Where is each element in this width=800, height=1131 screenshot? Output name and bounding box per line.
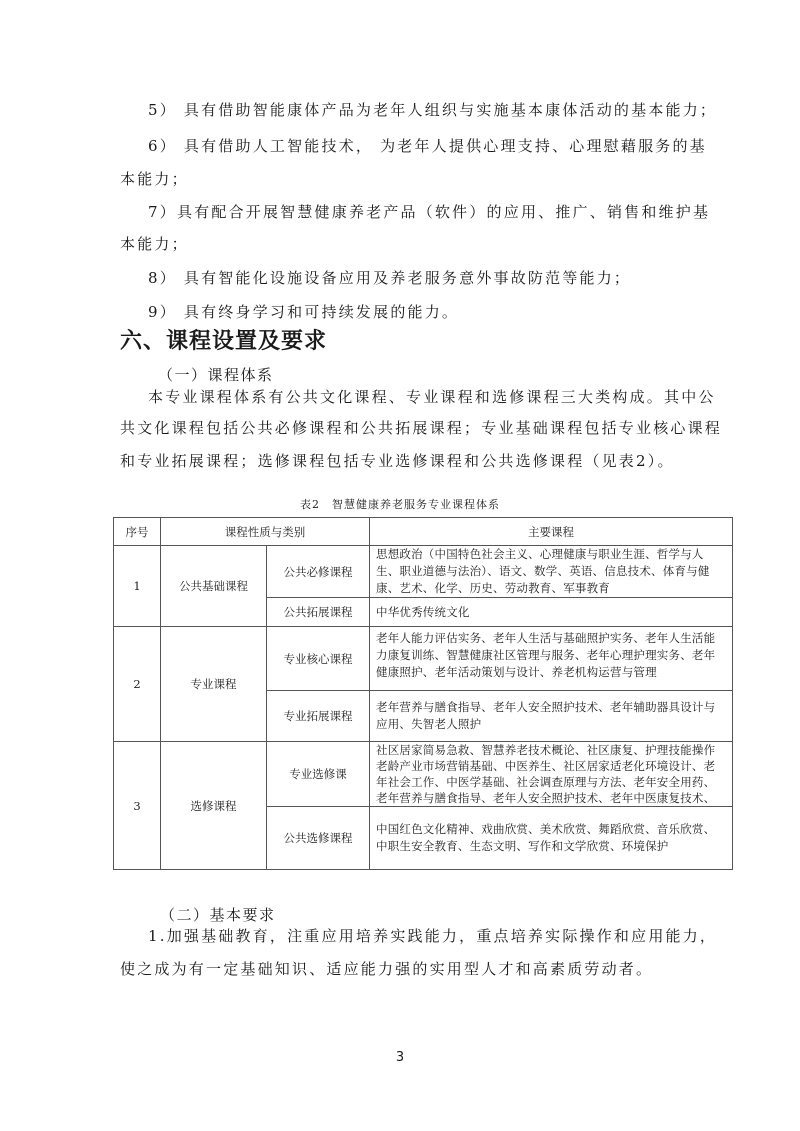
sub-category: 公共必修课程 (267, 546, 370, 598)
table-row: 2 专业课程 专业核心课程 老年人能力评估实务、老年人生活与基础照护实务、老年人… (114, 627, 733, 691)
group-no: 1 (114, 546, 161, 627)
group-type: 选修课程 (161, 742, 267, 870)
ability-6: 6） 具有借助人工智能技术， 为老年人提供心理支持、心理慰藉服务的基 (148, 136, 707, 156)
main-courses: 老年营养与膳食指导、老年人安全照护技术、老年辅助器具设计与应用、失智老人照护 (370, 691, 733, 742)
table-header-row: 序号 课程性质与类别 主要课程 (114, 518, 733, 546)
requirement-line-1: 1.加强基础教育，注重应用培养实践能力，重点培养实际操作和应用能力， (148, 926, 717, 946)
sub-category: 专业选修课 (267, 742, 370, 807)
main-courses: 社区居家简易急救、智慧养老技术概论、社区康复、护理技能操作老龄产业市场营销基础、… (370, 742, 733, 807)
table-caption: 表2 智慧健康养老服务专业课程体系 (0, 496, 800, 512)
group-type: 公共基础课程 (161, 546, 267, 627)
intro-line-3: 和专业拓展课程；选修课程包括专业选修课程和公共选修课程（见表2）。 (120, 451, 675, 471)
main-courses: 中国红色文化精神、戏曲欣赏、美术欣赏、舞蹈欣赏、音乐欣赏、中职生安全教育、生态文… (370, 807, 733, 870)
main-courses: 中华优秀传统文化 (370, 598, 733, 627)
curriculum-table: 序号 课程性质与类别 主要课程 1 公共基础课程 公共必修课程 思想政治（中国特… (113, 517, 733, 870)
sub-category: 专业核心课程 (267, 627, 370, 691)
group-no: 3 (114, 742, 161, 870)
sub-category: 公共拓展课程 (267, 598, 370, 627)
ability-7: 7）具有配合开展智慧健康养老产品（软件）的应用、推广、销售和维护基 (148, 202, 710, 222)
main-courses: 思想政治（中国特色社会主义、心理健康与职业生涯、哲学与人生、职业道德与法治）、语… (370, 546, 733, 598)
requirement-line-2: 使之成为有一定基础知识、适应能力强的实用型人才和高素质劳动者。 (120, 959, 653, 979)
ability-9: 9） 具有终身学习和可持续发展的能力。 (148, 302, 459, 322)
subsection-curriculum-system: （一）课程体系 (158, 364, 274, 385)
ability-8: 8） 具有智能化设施设备应用及养老服务意外事故防范等能力； (148, 268, 631, 288)
table-row: 1 公共基础课程 公共必修课程 思想政治（中国特色社会主义、心理健康与职业生涯、… (114, 546, 733, 598)
intro-line-2: 共文化课程包括公共必修课程和公共拓展课程；专业基础课程包括专业核心课程 (120, 418, 722, 438)
group-type: 专业课程 (161, 627, 267, 742)
header-no: 序号 (114, 518, 161, 546)
section-title: 六、课程设置及要求 (120, 324, 327, 355)
group-no: 2 (114, 627, 161, 742)
document-page: 5） 具有借助智能康体产品为老年人组织与实施基本康体活动的基本能力； 6） 具有… (0, 0, 800, 1131)
sub-category: 公共选修课程 (267, 807, 370, 870)
header-category: 课程性质与类别 (161, 518, 370, 546)
sub-category: 专业拓展课程 (267, 691, 370, 742)
subsection-basic-requirements: （二）基本要求 (160, 904, 276, 925)
ability-6-cont: 本能力； (120, 169, 189, 189)
ability-7-cont: 本能力； (120, 234, 189, 254)
intro-line-1: 本专业课程体系有公共文化课程、专业课程和选修课程三大类构成。其中公 (148, 387, 716, 407)
header-main-courses: 主要课程 (370, 518, 733, 546)
table-row: 3 选修课程 专业选修课 社区居家简易急救、智慧养老技术概论、社区康复、护理技能… (114, 742, 733, 807)
page-number: 3 (0, 1050, 800, 1065)
ability-5: 5） 具有借助智能康体产品为老年人组织与实施基本康体活动的基本能力； (148, 100, 717, 120)
main-courses: 老年人能力评估实务、老年人生活与基础照护实务、老年人生活能力康复训练、智慧健康社… (370, 627, 733, 691)
